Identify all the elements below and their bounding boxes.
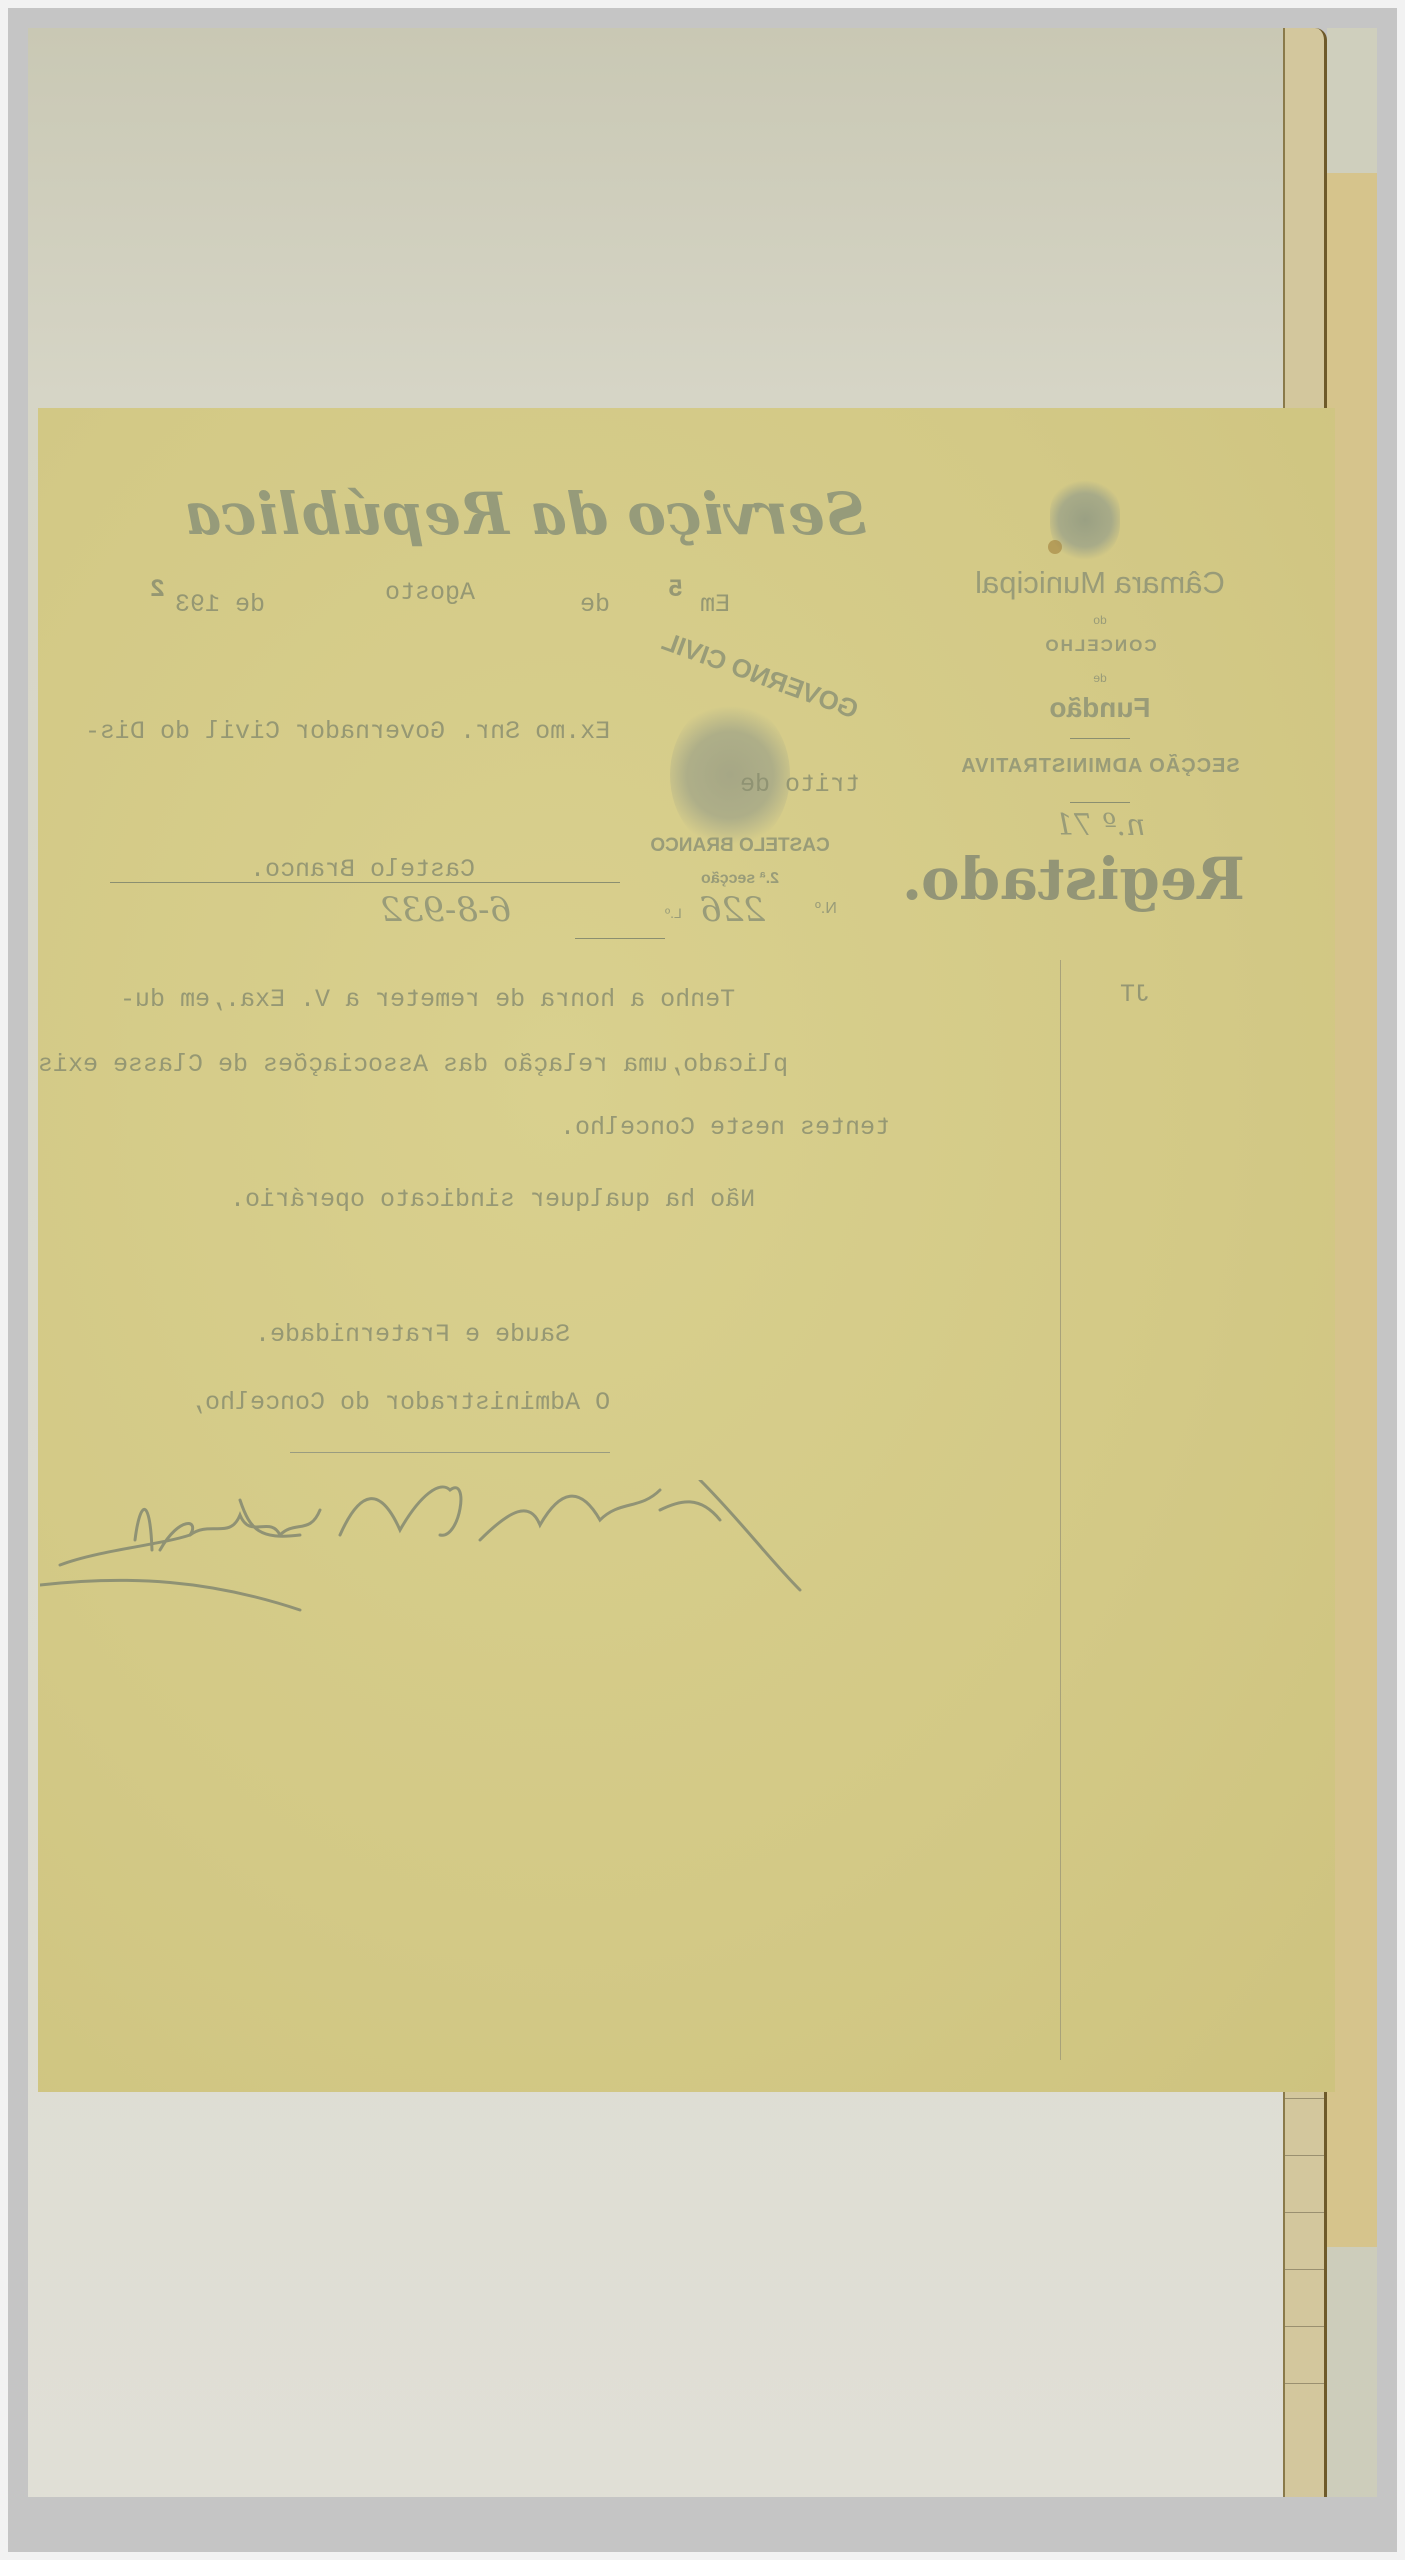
issuer-municipality: Fundão (1010, 692, 1190, 724)
divider (1070, 738, 1130, 739)
date-prefix: Em (700, 590, 730, 619)
registered-stamp: Registado. (905, 845, 1245, 913)
issuer-section: SECÇÃO ADMINISTRATIVA (950, 755, 1250, 778)
divider (1070, 802, 1130, 803)
body-line1: Tenho a honra de remeter a V. Exa.,em du… (120, 985, 920, 1014)
date-year-prefix: de 193 (175, 590, 265, 619)
closing-salutation: Saude e Fraternidade. (255, 1320, 570, 1349)
background-edge-bottom (1327, 2247, 1377, 2497)
stamp-number-label: N.º (815, 900, 837, 918)
tab-rule (1285, 2269, 1324, 2270)
background-edge (1327, 28, 1377, 173)
letterhead-title: Serviço da República (165, 480, 885, 548)
signature-line (290, 1452, 610, 1453)
body-paragraph2: Não ha qualquer sindicato operário. (230, 1185, 755, 1214)
signatory-title: O Administrador do Concelho, (190, 1388, 610, 1417)
body-line3: tentes neste Concelho. (560, 1113, 890, 1142)
issuer-camara: Câmara Municipal (950, 565, 1250, 601)
tab-rule (1285, 2155, 1324, 2156)
addressee-line2: trito de (740, 770, 860, 799)
paper-stain (1048, 540, 1062, 554)
date-de: de (580, 590, 610, 619)
addressee-line3: Castelo Branco. (250, 855, 475, 884)
date-year-digit: 2 (150, 575, 165, 604)
date-month: Agosto (385, 578, 475, 607)
stamp-book-label: L.º (665, 905, 682, 921)
addressee-line1: Ex.mo Snr. Governador Civil do Dis- (85, 717, 735, 746)
tab-rule (1285, 2383, 1324, 2384)
stamp-underline (575, 938, 665, 939)
body-line2: plicado,uma relação das Associações de C… (38, 1050, 1050, 1079)
date-day: 5 (668, 575, 683, 604)
tab-rule (1285, 2326, 1324, 2327)
addressee-underline (110, 882, 620, 883)
handwritten-reg-number: n.º 71 (1040, 808, 1160, 843)
issuer-do: do (1060, 613, 1140, 627)
margin-initials: JT (1120, 980, 1150, 1009)
tab-rule (1285, 2098, 1324, 2099)
handwritten-signature (40, 1480, 860, 1660)
issuer-concelho: CONCELHO (1010, 636, 1190, 656)
issuer-de: de (1060, 671, 1140, 685)
tab-rule (1285, 2212, 1324, 2213)
stamp-number: 226 (700, 890, 765, 930)
stamp-section: 2.ª secção (650, 870, 830, 888)
stamp-date: 6-8-932 (380, 890, 511, 930)
stamp-district: CASTELO BRANCO (605, 835, 875, 857)
margin-rule (1060, 960, 1061, 2060)
